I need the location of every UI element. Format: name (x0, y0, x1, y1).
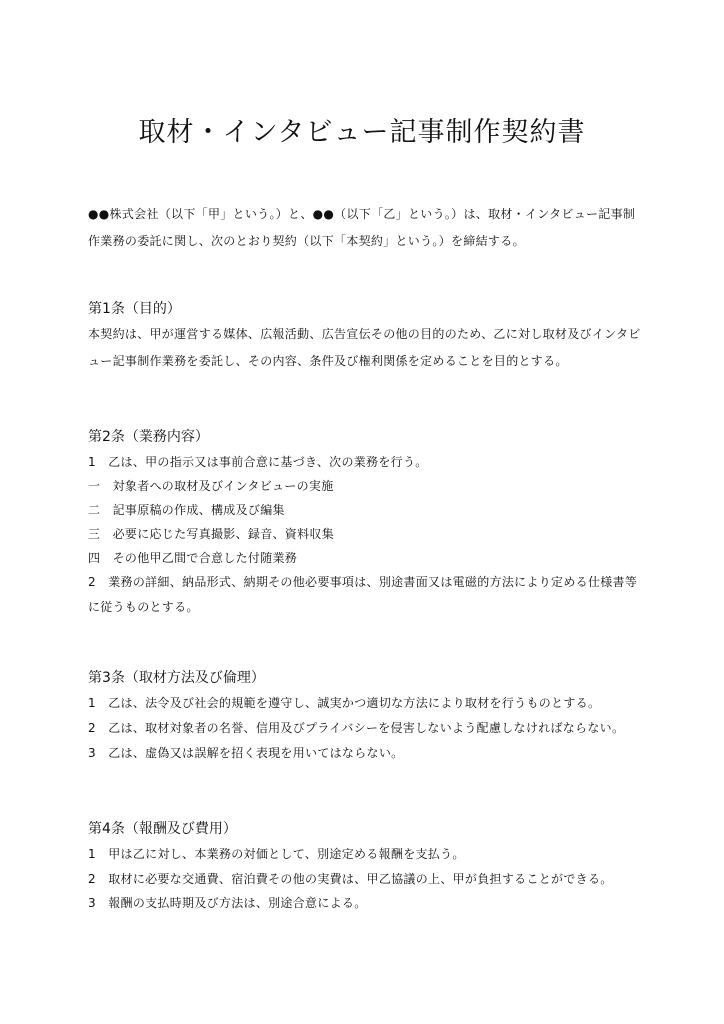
article-3-line: 2 乙は、取材対象者の名誉、信用及びプライバシーを侵害しないよう配慮しなければな… (88, 719, 624, 736)
article-2-line: 二 記事原稿の作成、構成及び編集 (88, 501, 285, 518)
article-1-line: 本契約は、甲が運営する媒体、広報活動、広告宣伝その他の目的のため、乙に対し取材及… (88, 325, 641, 342)
article-1-heading: 第1条（目的） (88, 298, 181, 318)
article-2-line: に従うものとする。 (88, 598, 199, 615)
article-2-line: 2 業務の詳細、納品形式、納期その他必要事項は、別途書面又は電磁的方法により定め… (88, 573, 637, 590)
article-2-line: 1 乙は、甲の指示又は事前合意に基づき、次の業務を行う。 (88, 453, 428, 470)
article-2-line: 一 対象者への取材及びインタビューの実施 (88, 477, 334, 494)
article-2-line: 三 必要に応じた写真撮影、録音、資料収集 (88, 525, 334, 542)
article-4-line: 3 報酬の支払時期及び方法は、別途合意による。 (88, 894, 367, 911)
article-1-line: ュー記事制作業務を委託し、その内容、条件及び権利関係を定めることを目的とする。 (88, 352, 568, 369)
article-2-heading: 第2条（業務内容） (88, 426, 209, 446)
article-3-line: 1 乙は、法令及び社会的規範を遵守し、誠実かつ適切な方法により取材を行うものとす… (88, 694, 600, 711)
preamble-line: ●●株式会社（以下「甲」という。）と、●●（以下「乙」という。）は、取材・インタ… (88, 205, 635, 222)
article-4-heading: 第4条（報酬及び費用） (88, 818, 237, 838)
preamble-line: 作業務の委託に関し、次のとおり契約（以下「本契約」という。）を締結する。 (88, 232, 525, 249)
article-3-line: 3 乙は、虚偽又は誤解を招く表現を用いてはならない。 (88, 744, 403, 761)
article-4-line: 2 取材に必要な交通費、宿泊費その他の実費は、甲乙協議の上、甲が負担することがで… (88, 870, 613, 887)
article-2-line: 四 その他甲乙間で合意した付随業務 (88, 549, 297, 566)
document-title: 取材・インタビュー記事制作契約書 (0, 110, 724, 149)
article-3-heading: 第3条（取材方法及び倫理） (88, 667, 265, 687)
article-4-line: 1 甲は乙に対し、本業務の対価として、別途定める報酬を支払う。 (88, 845, 465, 862)
